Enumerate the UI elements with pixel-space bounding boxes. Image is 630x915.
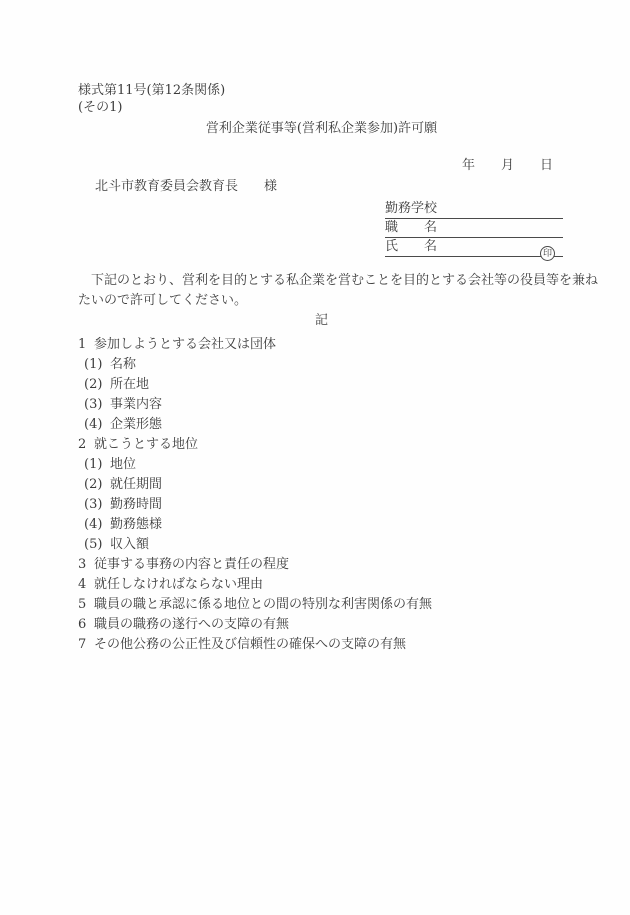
list-row: 4就任しなければならない理由 [78,575,565,595]
list-row: 3従事する事務の内容と責任の程度 [78,555,565,575]
field-label-position: 職名 [385,219,437,236]
list-number: (5) [84,535,110,555]
list-number: 2 [78,435,94,455]
seal-stamp-icon: 印 [540,246,555,261]
list-text: 所在地 [110,377,149,392]
list-number: 1 [78,335,94,355]
list-row: 6職員の職務の遂行への支障の有無 [78,615,565,635]
list-row: 2就こうとする地位 [78,435,565,455]
list-row: (2)就任期間 [78,475,565,495]
list-text: 勤務態様 [110,517,162,532]
permission-list: 1参加しようとする会社又は団体 (1)名称 (2)所在地 (3)事業内容 (4)… [78,335,565,655]
list-row: (3)勤務時間 [78,495,565,515]
list-text: 従事する事務の内容と責任の程度 [94,557,289,572]
list-row: 5職員の職と承認に係る地位との間の特別な利害関係の有無 [78,595,565,615]
body-line: 下記のとおり、営利を目的とする私企業を営むことを目的とする会社等の役員等を兼ね [78,271,565,291]
list-text: 地位 [110,457,136,472]
list-text: 勤務時間 [110,497,162,512]
list-text: 就任期間 [110,477,162,492]
list-number: 6 [78,615,94,635]
list-row: (4)勤務態様 [78,515,565,535]
list-number: (2) [84,375,110,395]
list-row: 1参加しようとする会社又は団体 [78,335,565,355]
list-row: (3)事業内容 [78,395,565,415]
list-number: (1) [84,355,110,375]
list-text: 職員の職と承認に係る地位との間の特別な利害関係の有無 [94,597,432,612]
list-number: (3) [84,495,110,515]
list-text: 収入額 [110,537,149,552]
date-line: 年 月 日 [78,157,565,174]
list-row: (5)収入額 [78,535,565,555]
list-row: (2)所在地 [78,375,565,395]
list-row: (1)名称 [78,355,565,375]
signature-row-school: 勤務学校 [385,200,563,219]
addressee-line: 北斗市教育委員会教育長 様 [78,178,565,195]
signature-row-position: 職名 [385,219,563,238]
list-text: 就こうとする地位 [94,437,198,452]
list-number: 5 [78,595,94,615]
signature-row-name: 氏名 印 [385,238,563,257]
list-text: その他公務の公正性及び信頼性の確保への支障の有無 [94,637,406,652]
list-number: 4 [78,575,94,595]
document-page: 様式第11号(第12条関係) (その1) 営利企業従事等(営利私企業参加)許可願… [0,0,630,915]
record-marker: 記 [78,311,565,331]
list-row: (1)地位 [78,455,565,475]
list-text: 事業内容 [110,397,162,412]
list-number: (1) [84,455,110,475]
list-row: (4)企業形態 [78,415,565,435]
document-content: 様式第11号(第12条関係) (その1) 営利企業従事等(営利私企業参加)許可願… [0,0,630,655]
list-number: (4) [84,515,110,535]
list-text: 職員の職務の遂行への支障の有無 [94,617,289,632]
list-row: 7その他公務の公正性及び信頼性の確保への支障の有無 [78,635,565,655]
list-number: (3) [84,395,110,415]
list-text: 参加しようとする会社又は団体 [94,337,276,352]
list-text: 就任しなければならない理由 [94,577,263,592]
list-number: 7 [78,635,94,655]
document-title: 営利企業従事等(営利私企業参加)許可願 [78,120,565,137]
list-text: 企業形態 [110,417,162,432]
field-label-name: 氏名 [385,238,437,255]
body-line: たいので許可してください。 [78,291,565,311]
signature-block: 勤務学校 職名 氏名 印 [385,200,563,257]
form-variant: (その1) [78,99,565,116]
list-number: (4) [84,415,110,435]
field-label-school: 勤務学校 [385,200,437,217]
list-text: 名称 [110,357,136,372]
form-number: 様式第11号(第12条関係) [78,82,565,99]
body-paragraph: 下記のとおり、営利を目的とする私企業を営むことを目的とする会社等の役員等を兼ね … [78,271,565,311]
list-number: 3 [78,555,94,575]
list-number: (2) [84,475,110,495]
